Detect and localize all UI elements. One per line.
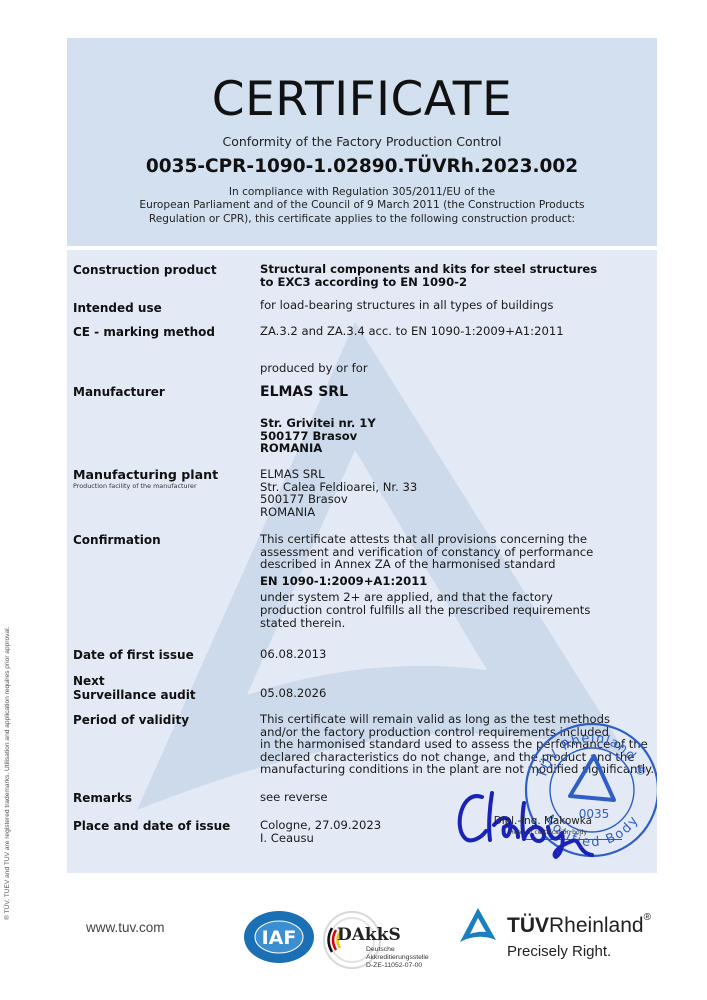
label-manufacturer: Manufacturer	[73, 385, 165, 399]
brand-bold: TÜV	[507, 914, 549, 937]
plant-line: ROMANIA	[260, 506, 640, 519]
registered-mark: ®	[644, 912, 651, 923]
label-sub-text: Production facility of the manufacturer	[73, 482, 218, 490]
value-intended-use: for load-bearing structures in all types…	[260, 299, 640, 312]
value-first-issue: 06.08.2013	[260, 648, 640, 661]
value-manufacturer-address: Str. Grivitei nr. 1Y 500177 Brasov ROMAN…	[260, 417, 640, 455]
signatory-name: Dipl.-Ing. Makowka	[462, 815, 592, 827]
compliance-line: Regulation or CPR), this certificate app…	[67, 213, 657, 226]
iaf-logo-icon: IAF	[243, 910, 315, 964]
address-line: Str. Grivitei nr. 1Y	[260, 417, 640, 430]
compliance-line: In compliance with Regulation 305/2011/E…	[67, 186, 657, 199]
website-link[interactable]: www.tuv.com	[86, 920, 165, 935]
value-line: to EXC3 according to EN 1090-2	[260, 276, 640, 289]
label-remarks: Remarks	[73, 791, 132, 805]
tuv-triangle-logo-icon	[458, 906, 498, 944]
certificate-header: CERTIFICATE Conformity of the Factory Pr…	[67, 38, 657, 246]
value-ce-marking: ZA.3.2 and ZA.3.4 acc. to EN 1090-1:2009…	[260, 325, 640, 338]
value-line: Structural components and kits for steel…	[260, 263, 640, 276]
certificate-body: Construction product Structural componen…	[67, 250, 657, 873]
label-line: Surveillance audit	[73, 688, 196, 702]
label-intended-use: Intended use	[73, 301, 162, 315]
label-line: Next	[73, 674, 196, 688]
plant-line: 500177 Brasov	[260, 493, 640, 506]
value-surveillance-audit: 05.08.2026	[260, 687, 640, 700]
label-ce-marking: CE - marking method	[73, 325, 215, 339]
value-manufacturer-name: ELMAS SRL	[260, 386, 640, 399]
confirmation-line: described in Annex ZA of the harmonised …	[260, 558, 640, 571]
label-confirmation: Confirmation	[73, 533, 161, 547]
produced-by-text: produced by or for	[260, 362, 640, 375]
compliance-line: European Parliament and of the Council o…	[67, 199, 657, 212]
dakks-subtitle: Deutsche Akkreditierungsstelle D-ZE-1105…	[366, 946, 429, 970]
label-place-date: Place and date of issue	[73, 819, 230, 833]
certificate-subtitle: Conformity of the Factory Production Con…	[67, 134, 657, 149]
label-validity: Period of validity	[73, 713, 189, 727]
label-text: Manufacturing plant	[73, 467, 218, 482]
dakks-title: DAkkS	[337, 925, 401, 945]
compliance-statement: In compliance with Regulation 305/2011/E…	[67, 186, 657, 226]
signatory-role: Head of certification body	[462, 829, 587, 836]
brand-slogan: Precisely Right.	[507, 943, 611, 960]
dakks-line: Deutsche	[366, 946, 429, 954]
confirmation-standard: EN 1090-1:2009+A1:2011	[260, 575, 640, 588]
trademark-notice: ® TÜV, TUEV and TUV are registered trade…	[4, 560, 11, 920]
confirmation-line: production control fulfills all the pres…	[260, 604, 640, 617]
label-construction-product: Construction product	[73, 263, 217, 277]
tuv-rheinland-brand: TÜVRheinland®	[507, 914, 651, 938]
address-line: ROMANIA	[260, 442, 640, 455]
confirmation-line: stated therein.	[260, 617, 640, 630]
dakks-line: Akkreditierungsstelle	[366, 954, 429, 962]
label-surveillance-audit: Next Surveillance audit	[73, 674, 196, 702]
value-construction-product: Structural components and kits for steel…	[260, 263, 640, 288]
svg-text:IAF: IAF	[262, 927, 297, 949]
label-first-issue: Date of first issue	[73, 648, 194, 662]
label-manufacturing-plant: Manufacturing plant Production facility …	[73, 468, 218, 490]
brand-regular: Rheinland	[549, 914, 644, 937]
certificate-number: 0035-CPR-1090-1.02890.TÜVRh.2023.002	[67, 156, 657, 177]
confirmation-line: This certificate attests that all provis…	[260, 533, 640, 546]
dakks-accreditation-number: D-ZE-11052-07-00	[366, 962, 429, 970]
page-title: CERTIFICATE	[67, 76, 657, 123]
value-manufacturing-plant: ELMAS SRL Str. Calea Feldioarei, Nr. 33 …	[260, 468, 640, 518]
plant-line: ELMAS SRL	[260, 468, 640, 481]
value-confirmation: This certificate attests that all provis…	[260, 533, 640, 629]
